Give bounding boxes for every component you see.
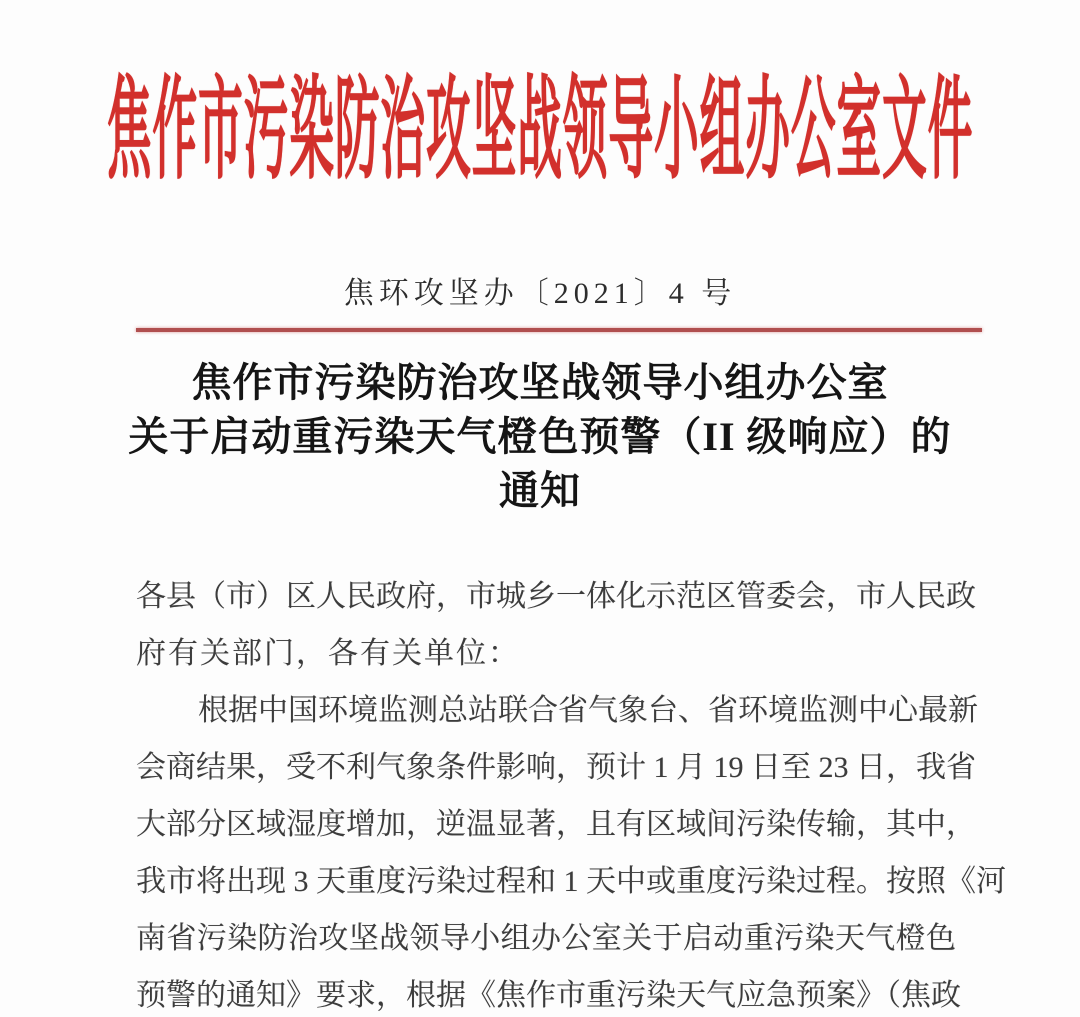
body-line-5: 南省污染防治攻坚战领导小组办公室关于启动重污染天气橙色 (136, 910, 956, 967)
body-line-2: 会商结果，受不利气象条件影响，预计 1 月 19 日至 23 日，我省 (136, 739, 956, 796)
document-title: 焦作市污染防治攻坚战领导小组办公室 关于启动重污染天气橙色预警（II 级响应）的… (0, 356, 1080, 518)
body-line-3: 大部分区域湿度增加，逆温显著，且有区域间污染传输，其中， (136, 796, 956, 853)
body-line-6: 预警的通知》要求，根据《焦作市重污染天气应急预案》（焦政 (136, 967, 956, 1017)
doc-number: 焦环攻坚办〔2021〕4 号 (0, 268, 1080, 312)
salutation-line-1: 各县（市）区人民政府，市城乡一体化示范区管委会，市人民政 (136, 568, 956, 625)
body-line-4: 我市将出现 3 天重度污染过程和 1 天中或重度污染过程。按照《河 (136, 853, 956, 910)
letterhead-banner: 焦作市污染防治攻坚战领导小组办公室文件 (0, 36, 1080, 204)
document-title-line-1: 焦作市污染防治攻坚战领导小组办公室 (0, 356, 1080, 410)
document-title-line-3: 通知 (0, 464, 1080, 518)
letterhead-title: 焦作市污染防治攻坚战领导小组办公室文件 (107, 40, 973, 201)
red-divider-line (136, 328, 982, 332)
body-line-1: 根据中国环境监测总站联合省气象台、省环境监测中心最新 (136, 682, 956, 739)
document-body: 各县（市）区人民政府，市城乡一体化示范区管委会，市人民政 府有关部门，各有关单位… (136, 568, 956, 1017)
official-document-page: 焦作市污染防治攻坚战领导小组办公室文件 焦环攻坚办〔2021〕4 号 焦作市污染… (0, 0, 1080, 1017)
document-title-line-2: 关于启动重污染天气橙色预警（II 级响应）的 (0, 410, 1080, 464)
salutation-line-2: 府有关部门，各有关单位： (136, 625, 956, 682)
